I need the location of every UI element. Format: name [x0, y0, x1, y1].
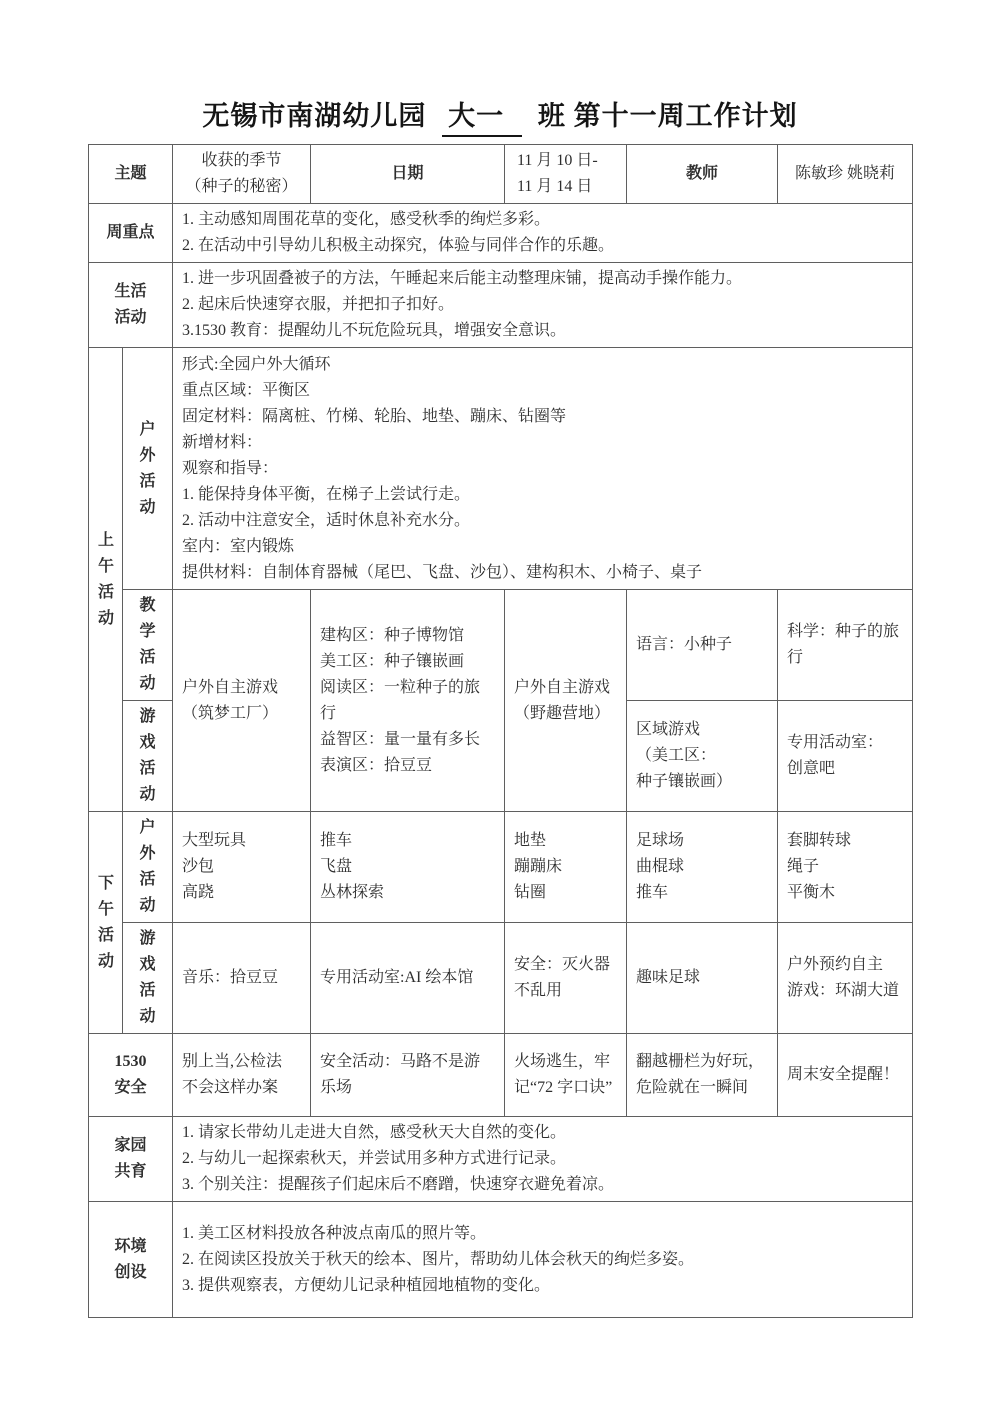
- safety-cell-5: 周末安全提醒！: [778, 1034, 913, 1117]
- table-row-header: 主题 收获的季节 （种子的秘密） 日期 11 月 10 日- 11 月 14 日…: [89, 145, 913, 204]
- afternoon-outdoor-cell-4: 足球场 曲棍球 推车: [627, 812, 778, 923]
- theme-label: 主题: [89, 145, 173, 204]
- environment-content: 1. 美工区材料投放各种波点南瓜的照片等。 2. 在阅读区投放关于秋天的绘本、图…: [173, 1202, 913, 1318]
- morning-section-label: 上 午 活 动: [89, 348, 123, 812]
- morning-outdoor-content: 形式:全园户外大循环 重点区域：平衡区 固定材料：隔离桩、竹梯、轮胎、地垫、蹦床…: [173, 348, 913, 590]
- date-value: 11 月 10 日- 11 月 14 日: [505, 145, 627, 204]
- special-room-morning: 专用活动室： 创意吧: [778, 701, 913, 812]
- afternoon-section-label: 下 午 活 动: [89, 812, 123, 1034]
- afternoon-game-cell-1: 音乐：拾豆豆: [173, 923, 311, 1034]
- week-focus-label: 周重点: [89, 204, 173, 263]
- page-title: 无锡市南湖幼儿园 大一 班 第十一周工作计划: [0, 94, 1000, 137]
- date-label: 日期: [311, 145, 505, 204]
- home-coop-label: 家园 共育: [89, 1117, 173, 1202]
- title-prefix: 无锡市南湖幼儿园: [202, 101, 426, 131]
- week-focus-content: 1. 主动感知周围花草的变化，感受秋季的绚烂多彩。 2. 在活动中引导幼儿积极主…: [173, 204, 913, 263]
- morning-outdoor-label: 户 外 活 动: [123, 348, 173, 590]
- morning-game-label: 游 戏 活 动: [123, 701, 173, 812]
- outdoor-free-play-1: 户外自主游戏 （筑梦工厂）: [173, 590, 311, 812]
- afternoon-outdoor-label: 户 外 活 动: [123, 812, 173, 923]
- table-row-1530-safety: 1530 安全 别上当,公检法 不会这样办案 安全活动：马路不是游乐场 火场逃生…: [89, 1034, 913, 1117]
- afternoon-game-cell-2: 专用活动室:AI 绘本馆: [311, 923, 505, 1034]
- title-class-name-underlined: 大一: [442, 94, 522, 137]
- table-row-home-coop: 家园 共育 1. 请家长带幼儿走进大自然，感受秋天大自然的变化。 2. 与幼儿一…: [89, 1117, 913, 1202]
- afternoon-outdoor-cell-3: 地垫 蹦蹦床 钻圈: [505, 812, 627, 923]
- language-activity: 语言：小种子: [627, 590, 778, 701]
- afternoon-game-cell-4: 趣味足球: [627, 923, 778, 1034]
- afternoon-outdoor-cell-5: 套脚转球 绳子 平衡木: [778, 812, 913, 923]
- table-row-life-activity: 生活 活动 1. 进一步巩固叠被子的方法，午睡起来后能主动整理床铺，提高动手操作…: [89, 263, 913, 348]
- environment-label: 环境 创设: [89, 1202, 173, 1318]
- afternoon-game-cell-5: 户外预约自主 游戏：环湖大道: [778, 923, 913, 1034]
- theme-value: 收获的季节 （种子的秘密）: [173, 145, 311, 204]
- afternoon-game-label: 游 戏 活 动: [123, 923, 173, 1034]
- safety-cell-3: 火场逃生，牢记“72 字口诀”: [505, 1034, 627, 1117]
- document-page: 无锡市南湖幼儿园 大一 班 第十一周工作计划 主题 收获的季节 （种子的秘密） …: [0, 0, 1000, 1415]
- science-activity: 科学：种子的旅行: [778, 590, 913, 701]
- table-row-afternoon-game: 游 戏 活 动 音乐：拾豆豆 专用活动室:AI 绘本馆 安全：灭火器 不乱用 趣…: [89, 923, 913, 1034]
- weekly-plan-table: 主题 收获的季节 （种子的秘密） 日期 11 月 10 日- 11 月 14 日…: [88, 144, 913, 1318]
- area-plan: 建构区：种子博物馆 美工区：种子镶嵌画 阅读区：一粒种子的旅行 益智区：量一量有…: [311, 590, 505, 812]
- afternoon-outdoor-cell-2: 推车 飞盘 丛林探索: [311, 812, 505, 923]
- life-activity-content: 1. 进一步巩固叠被子的方法，午睡起来后能主动整理床铺，提高动手操作能力。 2.…: [173, 263, 913, 348]
- table-row-morning-teaching: 教 学 活 动 户外自主游戏 （筑梦工厂） 建构区：种子博物馆 美工区：种子镶嵌…: [89, 590, 913, 701]
- afternoon-outdoor-cell-1: 大型玩具 沙包 高跷: [173, 812, 311, 923]
- morning-teaching-label: 教 学 活 动: [123, 590, 173, 701]
- safety-cell-2: 安全活动：马路不是游乐场: [311, 1034, 505, 1117]
- safety-cell-4: 翻越栅栏为好玩，危险就在一瞬间: [627, 1034, 778, 1117]
- safety-cell-1: 别上当,公检法 不会这样办案: [173, 1034, 311, 1117]
- title-suffix: 班 第十一周工作计划: [538, 101, 798, 131]
- teacher-value: 陈敏珍 姚晓莉: [778, 145, 913, 204]
- teacher-label: 教师: [627, 145, 778, 204]
- regional-game: 区域游戏 （美工区： 种子镶嵌画）: [627, 701, 778, 812]
- life-activity-label: 生活 活动: [89, 263, 173, 348]
- table-row-morning-outdoor: 上 午 活 动 户 外 活 动 形式:全园户外大循环 重点区域：平衡区 固定材料…: [89, 348, 913, 590]
- table-row-week-focus: 周重点 1. 主动感知周围花草的变化，感受秋季的绚烂多彩。 2. 在活动中引导幼…: [89, 204, 913, 263]
- home-coop-content: 1. 请家长带幼儿走进大自然，感受秋天大自然的变化。 2. 与幼儿一起探索秋天，…: [173, 1117, 913, 1202]
- outdoor-free-play-2: 户外自主游戏 （野趣营地）: [505, 590, 627, 812]
- afternoon-game-cell-3: 安全：灭火器 不乱用: [505, 923, 627, 1034]
- safety-1530-label: 1530 安全: [89, 1034, 173, 1117]
- table-row-afternoon-outdoor: 下 午 活 动 户 外 活 动 大型玩具 沙包 高跷 推车 飞盘 丛林探索 地垫…: [89, 812, 913, 923]
- table-row-environment: 环境 创设 1. 美工区材料投放各种波点南瓜的照片等。 2. 在阅读区投放关于秋…: [89, 1202, 913, 1318]
